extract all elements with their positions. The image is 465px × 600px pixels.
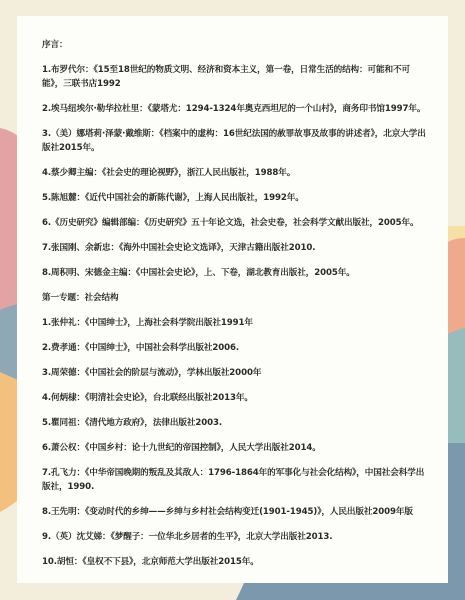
document-content: 序言： 1.布罗代尔：《15至18世纪的物质文明、经济和资本主义，第一卷，日常生… [42, 38, 427, 580]
preface-item: 6.《历史研究》编辑部编：《历史研究》五十年论文选，社会史卷，社会科学文献出版社… [42, 216, 427, 230]
document-card: 序言： 1.布罗代尔：《15至18世纪的物质文明、经济和资本主义，第一卷，日常生… [17, 16, 448, 583]
section1-item: 2.费孝通：《中国绅士》，中国社会科学出版社2006. [42, 341, 427, 355]
right-teal-shape [448, 328, 465, 444]
preface-item: 2.埃马纽埃尔·勒华拉杜里：《蒙塔尤：1294-1324年奥克西坦尼的一个山村》… [42, 102, 427, 116]
section1-item: 7.孔飞力：《中华帝国晚期的叛乱及其敌人：1796-1864年的军事化与社会化结… [42, 466, 427, 494]
section1-item: 1.张仲礼：《中国绅士》，上海社会科学院出版社1991年 [42, 316, 427, 330]
right-salmon-shape [448, 238, 465, 336]
preface-item: 1.布罗代尔：《15至18世纪的物质文明、经济和资本主义，第一卷，日常生活的结构… [42, 63, 427, 91]
preface-item: 3.（美）娜塔莉·泽蒙·戴维斯：《档案中的虚构：16世纪法国的赦罪故事及故事的讲… [42, 127, 427, 155]
section1-item: 3.周荣德：《中国社会的阶层与流动》，学林出版社2000年 [42, 366, 427, 380]
section1-item: 8.王先明：《变动时代的乡绅——乡绅与乡村社会结构变迁(1901-1945)》，… [42, 505, 427, 519]
section1-item: 5.瞿同祖：《清代地方政府》，法律出版社2003. [42, 416, 427, 430]
section1-heading: 第一专题：社会结构 [42, 291, 427, 305]
bottom-slate-shape [236, 583, 465, 600]
preface-heading: 序言： [42, 38, 427, 52]
left-pink-shape [0, 128, 18, 318]
preface-item: 4.蔡少卿主编：《社会史的理论视野》，浙江人民出版社，1988年。 [42, 166, 427, 180]
left-orange-shape [0, 372, 18, 512]
section1-item: 10.胡恒：《皇权不下县》，北京师范大学出版社2015年。 [42, 555, 427, 569]
right-slate-shape [448, 443, 465, 600]
preface-item: 5.陈旭麓：《近代中国社会的新陈代谢》，上海人民出版社，1992年。 [42, 191, 427, 205]
preface-item: 8.周积明、宋德金主编：《中国社会史论》，上、下卷，湖北教育出版社，2005年。 [42, 266, 427, 280]
section1-item: 9.（英）沈艾娣：《梦醒子：一位华北乡居者的生平》，北京大学出版社2013. [42, 530, 427, 544]
preface-item: 7.张国刚、余新忠：《海外中国社会史论文选译》，天津古籍出版社2010. [42, 241, 427, 255]
section1-item: 4.何炳棣：《明清社会史论》，台北联经出版社2013年。 [42, 391, 427, 405]
section1-item: 6.萧公权：《中国乡村：论十九世纪的帝国控制》，人民大学出版社2014。 [42, 441, 427, 455]
